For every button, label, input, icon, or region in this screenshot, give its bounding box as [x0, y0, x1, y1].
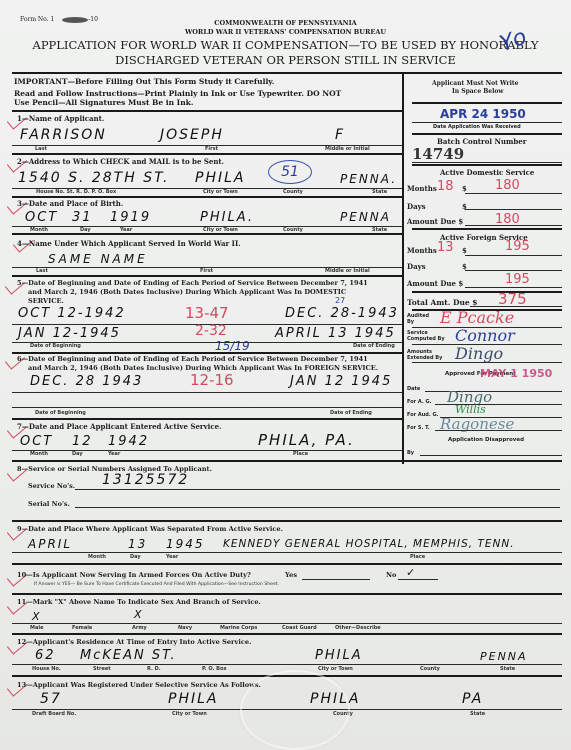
agency-line1: COMMONWEALTH OF PENNSYLVANIA	[0, 19, 571, 27]
received-date-stamp: APR 24 1950	[440, 107, 526, 121]
domestic-period2-end[interactable]: APRIL 13 1945	[275, 326, 396, 341]
separation-month[interactable]: APRIL	[28, 537, 72, 551]
option-male-mark[interactable]: X	[32, 610, 42, 623]
residence-state[interactable]: PENNA	[480, 650, 528, 663]
active-duty-yes-field[interactable]	[302, 570, 370, 580]
audited-by-signature: E Pcacke	[440, 308, 514, 327]
domestic-months: 18	[437, 179, 454, 194]
birth-year[interactable]: 1919	[110, 210, 151, 225]
draft-city[interactable]: PHILA	[168, 691, 218, 707]
section-10-label: 10—Is Applicant Now Serving In Armed For…	[17, 571, 251, 579]
section-10-note: If Answer is YES— Be Sure To Have Certif…	[34, 582, 279, 587]
foreign-months-amount: 195	[505, 239, 530, 254]
domestic-heading: Active Domestic Service	[440, 168, 534, 177]
section-3-label: 3—Date and Place of Birth.	[17, 199, 123, 208]
mail-street[interactable]: 1540 S. 28TH ST.	[18, 170, 169, 186]
birth-state[interactable]: PENNA	[340, 210, 391, 224]
office-heading-line1: Applicant Must Not Write	[432, 80, 518, 87]
disapproved-label: Application Disapproved	[448, 437, 524, 443]
residence-city[interactable]: PHILA	[315, 648, 363, 663]
active-duty-no-field[interactable]: ✓	[398, 566, 438, 580]
foreign-end[interactable]: JAN 12 1945	[290, 374, 392, 389]
section-5-label-line1: 5—Date of Beginning and Date of Ending o…	[17, 279, 368, 287]
draft-state[interactable]: PA	[462, 691, 483, 707]
foreign-duration: 12-16	[190, 371, 234, 389]
embossed-seal	[240, 670, 350, 750]
applicant-middle-initial[interactable]: F	[335, 127, 345, 143]
office-heading-line2: In Space Below	[452, 88, 504, 95]
foreign-months: 13	[437, 240, 454, 255]
draft-board-no[interactable]: 57	[40, 691, 62, 707]
total-label: Total Amt. Due $	[407, 298, 478, 307]
county-code-circle: 51	[268, 160, 312, 184]
birth-month[interactable]: OCT	[25, 210, 58, 225]
option-army-mark[interactable]: X	[134, 608, 144, 621]
instructions-line1: IMPORTANT—Before Filling Out This Form S…	[14, 77, 274, 86]
domestic-period1-begin[interactable]: OCT 12-1942	[18, 306, 126, 321]
section-1-label: 1—Name of Applicant.	[17, 114, 104, 123]
instructions-line2: Read and Follow Instructions—Print Plain…	[14, 89, 341, 98]
office-column-divider	[402, 72, 404, 464]
agency-line2: WORLD WAR II VETERANS' COMPENSATION BURE…	[0, 28, 571, 36]
section-12-label: 12—Applicant's Residence At Time of Entr…	[17, 638, 251, 646]
form-title-line2: DISCHARGED VETERAN OR PERSON STILL IN SE…	[0, 53, 571, 67]
section-6-label-line1: 6—Date of Beginning and Date of Ending o…	[17, 355, 368, 363]
approved-date-stamp: MAY 1 1950	[480, 367, 552, 380]
domestic-period1-correction: 27	[335, 296, 345, 305]
domestic-months-amount: 180	[495, 178, 520, 193]
residence-street[interactable]: McKEAN ST.	[80, 648, 177, 663]
separation-day[interactable]: 13	[128, 537, 147, 551]
domestic-period2-begin[interactable]: JAN 12-1945	[18, 326, 121, 341]
domestic-period1-duration: 13-47	[185, 304, 229, 322]
service-number[interactable]: 13125572	[102, 472, 189, 488]
section-5-label-line3: SERVICE.	[28, 297, 64, 305]
section-13-label: 13—Applicant Was Registered Under Select…	[17, 681, 261, 689]
header-rule	[12, 72, 562, 74]
computed-by-signature: Connor	[455, 326, 515, 345]
domestic-period2-duration: 2-32	[195, 323, 227, 339]
applicant-first-name[interactable]: JOSEPH	[160, 127, 224, 143]
entry-year[interactable]: 1942	[108, 434, 149, 449]
section-4-label: 4—Name Under Which Applicant Served In W…	[17, 239, 241, 248]
birth-day[interactable]: 31	[72, 210, 93, 225]
section-9-label: 9—Date and Place Where Applicant Was Sep…	[17, 525, 283, 533]
entry-month[interactable]: OCT	[20, 434, 53, 449]
separation-place[interactable]: KENNEDY GENERAL HOSPITAL, MEMPHIS, TENN.	[223, 538, 515, 550]
section-7-label: 7—Date and Place Applicant Entered Activ…	[17, 422, 221, 431]
entry-day[interactable]: 12	[72, 434, 93, 449]
compensation-application-form: Form No. 1 -10 COMMONWEALTH OF PENNSYLVA…	[0, 0, 571, 750]
entry-place[interactable]: PHILA, PA.	[258, 431, 355, 449]
residence-house-no[interactable]: 62	[35, 648, 56, 663]
extended-by-signature: Dingo	[455, 344, 503, 363]
section-2-label: 2—Address to Which CHECK and MAIL is to …	[17, 157, 224, 166]
foreign-amount-due: 195	[505, 272, 530, 287]
domestic-period1-end[interactable]: DEC. 28-1943	[285, 306, 399, 321]
section-5-label-line2: and March 2, 1946 (Both Dates Inclusive)…	[28, 288, 346, 296]
mail-state[interactable]: PENNA.	[340, 172, 397, 186]
birth-city[interactable]: PHILA.	[200, 210, 254, 225]
service-name[interactable]: SAME NAME	[48, 252, 148, 266]
applicant-last-name[interactable]: FARRISON	[20, 127, 107, 143]
form-title-line1: APPLICATION FOR WORLD WAR II COMPENSATIO…	[0, 38, 571, 52]
batch-control-number: 14749	[412, 145, 464, 163]
section-11-label: 11—Mark "X" Above Name To Indicate Sex A…	[17, 598, 261, 606]
instructions-line3: Use Pencil—All Signatures Must Be in Ink…	[14, 98, 193, 107]
separation-year[interactable]: 1945	[166, 537, 205, 551]
mail-city[interactable]: PHILA	[195, 170, 245, 186]
foreign-begin[interactable]: DEC. 28 1943	[30, 374, 143, 389]
